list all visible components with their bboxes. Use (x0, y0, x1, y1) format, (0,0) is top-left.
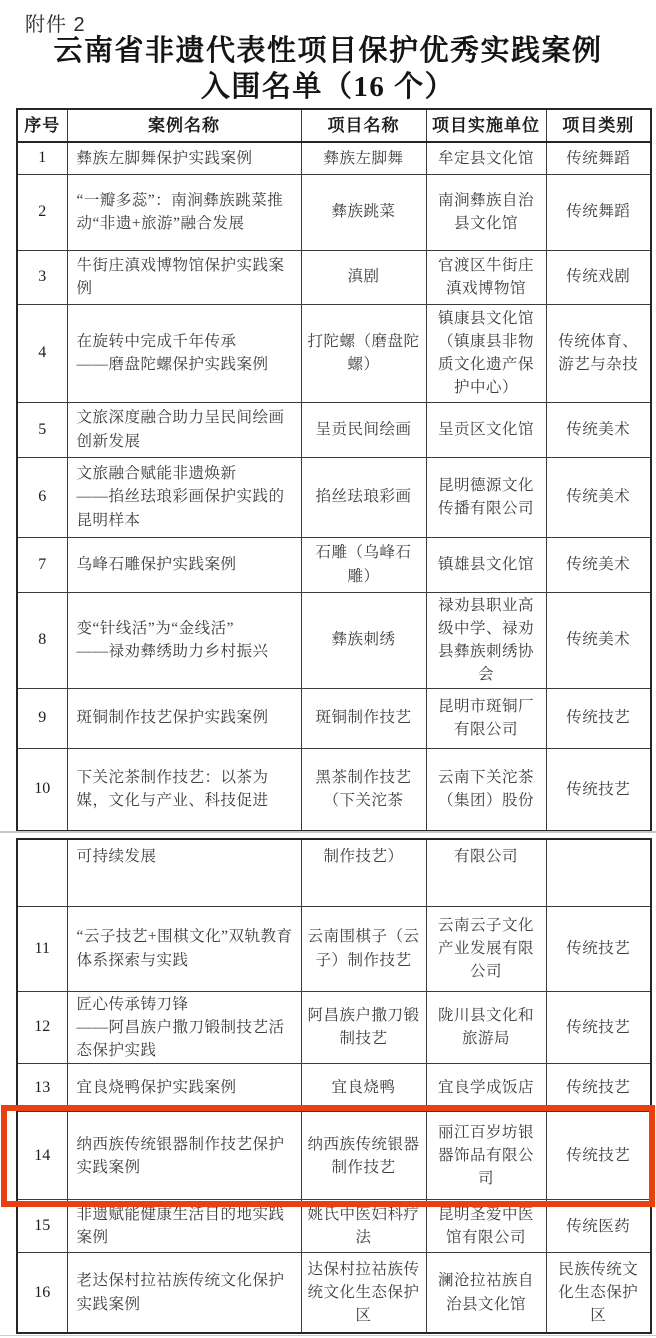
cell-category: 民族传统文化生态保护区 (546, 1253, 651, 1333)
cell-category (546, 839, 651, 906)
table-row-5: 5 文旅深度融合助力呈民间绘画创新发展 呈贡民间绘画 呈贡区文化馆 传统美术 (17, 402, 651, 457)
cell-project-name: 彝族左脚舞 (301, 142, 426, 174)
document-page: 附件 2 云南省非遗代表性项目保护优秀实践案例 入围名单（16 个） 序号 案例… (0, 0, 656, 1338)
cell-project-name: 呈贡民间绘画 (301, 402, 426, 457)
cell-no: 4 (17, 304, 67, 402)
cell-no: 6 (17, 457, 67, 537)
cell-case-name: 下关沱茶制作技艺：以茶为媒，文化与产业、科技促进 (67, 748, 301, 831)
cell-no: 10 (17, 748, 67, 831)
cell-unit: 宜良学成饭店 (426, 1064, 546, 1112)
cell-project-name: 纳西族传统银器制作技艺 (301, 1112, 426, 1200)
cell-no: 14 (17, 1112, 67, 1200)
cell-category: 传统美术 (546, 457, 651, 537)
cell-unit: 镇康县文化馆（镇康县非物质文化遗产保护中心） (426, 304, 546, 402)
cell-case-name: 匠心传承铸刀锋 ——阿昌族户撒刀锻制技艺活态保护实践 (67, 991, 301, 1064)
cell-project-name: 打陀螺（磨盘陀螺） (301, 304, 426, 402)
cell-project-name: 石雕（乌峰石雕） (301, 537, 426, 592)
cell-unit: 官渡区牛街庄滇戏博物馆 (426, 250, 546, 304)
cell-unit: 牟定县文化馆 (426, 142, 546, 174)
header-cell-case-name: 案例名称 (67, 109, 301, 142)
cell-case-name: 乌峰石雕保护实践案例 (67, 537, 301, 592)
table-row-16: 16 老达保村拉祜族传统文化保护实践案例 达保村拉祜族传统文化生态保护区 澜沧拉… (17, 1253, 651, 1333)
cell-no: 1 (17, 142, 67, 174)
cell-category: 传统戏剧 (546, 250, 651, 304)
table-row-3: 3 牛街庄滇戏博物馆保护实践案例 滇剧 官渡区牛街庄滇戏博物馆 传统戏剧 (17, 250, 651, 304)
table-row-11: 11 “云子技艺+围棋文化”双轨教育体系探索与实践 云南围棋子（云子）制作技艺 … (17, 906, 651, 991)
doc-title: 云南省非遗代表性项目保护优秀实践案例 入围名单（16 个） (0, 34, 656, 106)
cell-project-name: 滇剧 (301, 250, 426, 304)
cell-no: 2 (17, 174, 67, 250)
cell-case-name: “云子技艺+围棋文化”双轨教育体系探索与实践 (67, 906, 301, 991)
cell-project-name: 掐丝珐琅彩画 (301, 457, 426, 537)
cell-unit: 呈贡区文化馆 (426, 402, 546, 457)
cell-case-name: 非遗赋能健康生活目的地实践案例 (67, 1200, 301, 1253)
cell-no: 8 (17, 592, 67, 688)
cell-category: 传统美术 (546, 592, 651, 688)
cell-category: 传统医药 (546, 1200, 651, 1253)
cell-category: 传统技艺 (546, 1064, 651, 1112)
cell-case-name: 可持续发展 (67, 839, 301, 906)
cell-no: 5 (17, 402, 67, 457)
cell-case-name: 斑铜制作技艺保护实践案例 (67, 688, 301, 748)
cell-project-name: 云南围棋子（云子）制作技艺 (301, 906, 426, 991)
cell-category: 传统体育、游艺与杂技 (546, 304, 651, 402)
cell-no: 15 (17, 1200, 67, 1253)
table-header-row: 序号 案例名称 项目名称 项目实施单位 项目类别 (17, 109, 651, 142)
cell-unit: 云南云子文化产业发展有限公司 (426, 906, 546, 991)
doc-title-line2: 入围名单（16 个） (0, 70, 656, 106)
cell-unit: 昆明市斑铜厂有限公司 (426, 688, 546, 748)
cell-category: 传统美术 (546, 402, 651, 457)
cell-project-name: 达保村拉祜族传统文化生态保护区 (301, 1253, 426, 1333)
cell-no: 7 (17, 537, 67, 592)
cell-no: 12 (17, 991, 67, 1064)
cell-project-name: 阿昌族户撒刀锻制技艺 (301, 991, 426, 1064)
cell-case-name: 文旅融合赋能非遗焕新 ——掐丝珐琅彩画保护实践的昆明样本 (67, 457, 301, 537)
cell-category: 传统技艺 (546, 1112, 651, 1200)
cell-no (17, 839, 67, 906)
cell-case-name: 纳西族传统银器制作技艺保护实践案例 (67, 1112, 301, 1200)
header-cell-no: 序号 (17, 109, 67, 142)
doc-title-line1: 云南省非遗代表性项目保护优秀实践案例 (0, 34, 656, 70)
cell-case-name: 宜良烧鸭保护实践案例 (67, 1064, 301, 1112)
cell-unit: 陇川县文化和旅游局 (426, 991, 546, 1064)
table-row-10-continued: 可持续发展 制作技艺） 有限公司 (17, 839, 651, 906)
page-break-line (0, 831, 656, 833)
cell-project-name: 宜良烧鸭 (301, 1064, 426, 1112)
cell-project-name: 黑茶制作技艺（下关沱茶 (301, 748, 426, 831)
cell-unit: 镇雄县文化馆 (426, 537, 546, 592)
table-row-2: 2 “一瓣多蕊”：南涧彝族跳菜推动“非遗+旅游”融合发展 彝族跳菜 南涧彝族自治… (17, 174, 651, 250)
cell-no: 9 (17, 688, 67, 748)
cell-project-name: 彝族跳菜 (301, 174, 426, 250)
table-page1: 序号 案例名称 项目名称 项目实施单位 项目类别 1 彝族左脚舞保护实践案例 彝… (16, 108, 652, 832)
cell-category: 传统舞蹈 (546, 174, 651, 250)
table-row-12: 12 匠心传承铸刀锋 ——阿昌族户撒刀锻制技艺活态保护实践 阿昌族户撒刀锻制技艺… (17, 991, 651, 1064)
cell-unit: 丽江百岁坊银器饰品有限公司 (426, 1112, 546, 1200)
cell-unit: 昆明德源文化传播有限公司 (426, 457, 546, 537)
table-row-10: 10 下关沱茶制作技艺：以茶为媒，文化与产业、科技促进 黑茶制作技艺（下关沱茶 … (17, 748, 651, 831)
cell-category: 传统技艺 (546, 906, 651, 991)
cell-category: 传统美术 (546, 537, 651, 592)
cell-no: 13 (17, 1064, 67, 1112)
cell-case-name: 变“针线活”为“金线活” ——禄劝彝绣助力乡村振兴 (67, 592, 301, 688)
cell-case-name: “一瓣多蕊”：南涧彝族跳菜推动“非遗+旅游”融合发展 (67, 174, 301, 250)
cell-project-name: 斑铜制作技艺 (301, 688, 426, 748)
cell-case-name: 在旋转中完成千年传承 ——磨盘陀螺保护实践案例 (67, 304, 301, 402)
cell-unit: 澜沧拉祜族自治县文化馆 (426, 1253, 546, 1333)
cell-unit: 昆明圣爱中医馆有限公司 (426, 1200, 546, 1253)
cell-unit: 南涧彝族自治县文化馆 (426, 174, 546, 250)
table-row-1: 1 彝族左脚舞保护实践案例 彝族左脚舞 牟定县文化馆 传统舞蹈 (17, 142, 651, 174)
table-row-13: 13 宜良烧鸭保护实践案例 宜良烧鸭 宜良学成饭店 传统技艺 (17, 1064, 651, 1112)
attachment-label: 附件 2 (25, 8, 86, 37)
cell-category: 传统技艺 (546, 748, 651, 831)
cell-no: 3 (17, 250, 67, 304)
cell-unit: 禄劝县职业高级中学、禄劝县彝族刺绣协会 (426, 592, 546, 688)
table-row-6: 6 文旅融合赋能非遗焕新 ——掐丝珐琅彩画保护实践的昆明样本 掐丝珐琅彩画 昆明… (17, 457, 651, 537)
cell-case-name: 彝族左脚舞保护实践案例 (67, 142, 301, 174)
cell-project-name: 姚氏中医妇科疗法 (301, 1200, 426, 1253)
cell-case-name: 老达保村拉祜族传统文化保护实践案例 (67, 1253, 301, 1333)
cell-case-name: 牛街庄滇戏博物馆保护实践案例 (67, 250, 301, 304)
header-cell-category: 项目类别 (546, 109, 651, 142)
cell-no: 16 (17, 1253, 67, 1333)
table-row-9: 9 斑铜制作技艺保护实践案例 斑铜制作技艺 昆明市斑铜厂有限公司 传统技艺 (17, 688, 651, 748)
cell-project-name: 彝族刺绣 (301, 592, 426, 688)
cell-unit: 云南下关沱茶（集团）股份 (426, 748, 546, 831)
header-cell-unit: 项目实施单位 (426, 109, 546, 142)
table-row-15: 15 非遗赋能健康生活目的地实践案例 姚氏中医妇科疗法 昆明圣爱中医馆有限公司 … (17, 1200, 651, 1253)
cell-category: 传统舞蹈 (546, 142, 651, 174)
page-edge-line (0, 1335, 656, 1336)
table-page2: 可持续发展 制作技艺） 有限公司 11 “云子技艺+围棋文化”双轨教育体系探索与… (16, 838, 652, 1334)
cell-category: 传统技艺 (546, 991, 651, 1064)
cell-case-name: 文旅深度融合助力呈民间绘画创新发展 (67, 402, 301, 457)
table-row-7: 7 乌峰石雕保护实践案例 石雕（乌峰石雕） 镇雄县文化馆 传统美术 (17, 537, 651, 592)
table-row-8: 8 变“针线活”为“金线活” ——禄劝彝绣助力乡村振兴 彝族刺绣 禄劝县职业高级… (17, 592, 651, 688)
table-row-4: 4 在旋转中完成千年传承 ——磨盘陀螺保护实践案例 打陀螺（磨盘陀螺） 镇康县文… (17, 304, 651, 402)
header-cell-project-name: 项目名称 (301, 109, 426, 142)
cell-no: 11 (17, 906, 67, 991)
cell-unit: 有限公司 (426, 839, 546, 906)
highlighted-row: 14 纳西族传统银器制作技艺保护实践案例 纳西族传统银器制作技艺 丽江百岁坊银器… (17, 1112, 651, 1200)
cell-category: 传统技艺 (546, 688, 651, 748)
cell-project-name: 制作技艺） (301, 839, 426, 906)
